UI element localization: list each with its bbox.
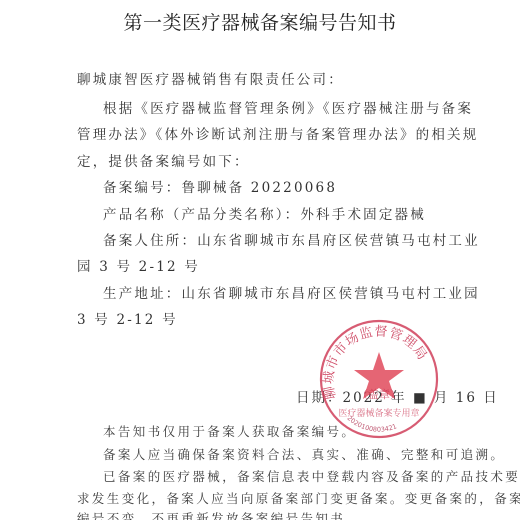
svg-text:（盖章）: （盖章） (357, 387, 401, 401)
body-line-2: 管理办法》《体外诊断试剂注册与备案管理办法》的相关规 (77, 123, 478, 143)
note-1: 本告知书仅用于备案人获取备案编号。 (103, 422, 356, 440)
registrant-address-line2: 园 3 号 2-12 号 (77, 255, 200, 275)
document-title: 第一类医疗器械备案编号告知书 (0, 8, 520, 35)
record-number: 备案编号：鲁聊械备 20220068 (103, 176, 337, 196)
body-line-3: 定，提供备案编号如下： (77, 150, 250, 170)
product-name: 产品名称（产品分类名称）：外科手术固定器械 (103, 203, 426, 223)
note-2: 备案人应当确保备案资料合法、真实、准确、完整和可追溯。 (103, 445, 505, 463)
production-address-line1: 生产地址：山东省聊城市东昌府区侯营镇马屯村工业园 (103, 282, 480, 302)
production-address-line2: 3 号 2-12 号 (77, 308, 178, 328)
note-3: 已备案的医疗器械，备案信息表中登载内容及备案的产品技术要 (103, 467, 520, 485)
body-line-1: 根据《医疗器械监督管理条例》《医疗器械注册与备案 (103, 97, 473, 117)
note-5: 编号不变，不再重新发放备案编号告知书。 (77, 509, 360, 520)
registrant-address-line1: 备案人住所：山东省聊城市东昌府区侯营镇马屯村工业 (103, 229, 480, 249)
addressee: 聊城康智医疗器械销售有限责任公司： (77, 68, 344, 88)
note-4: 求发生变化，备案人应当向原备案部门变更备案。变更备案的，备案 (77, 489, 520, 507)
